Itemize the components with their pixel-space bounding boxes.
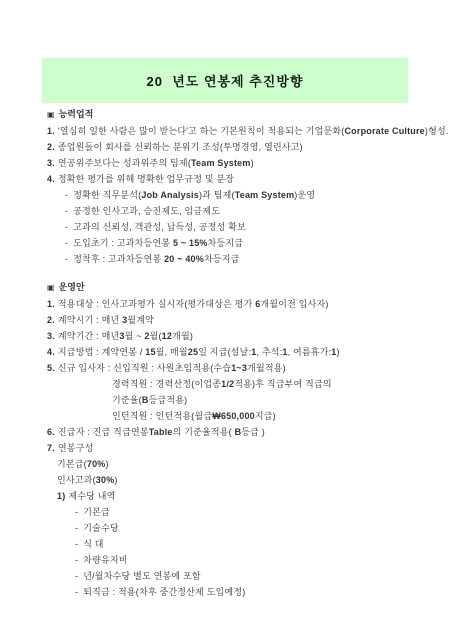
line-marker: 4.	[47, 174, 55, 184]
line-text: 신규 입사자 : 신입직원 : 사원초임적용(수습1~3개월적용)	[58, 363, 286, 373]
line-text: 인턴직원 : 인턴적용(월급₩650,000지급)	[112, 411, 276, 421]
doc-line: 기본급(70%)	[57, 456, 447, 472]
line-text: 기본급(70%)	[57, 459, 109, 469]
line-text: 퇴직금 : 적용(차후 중간정산제 도입예정)	[83, 587, 245, 597]
doc-line: -식 대	[75, 536, 447, 552]
line-marker: 2.	[47, 142, 55, 152]
section-title: 운영안	[59, 282, 85, 292]
bullet-dash: -	[75, 571, 78, 581]
title-band: 20 년도 연봉제 추진방향	[42, 58, 408, 103]
line-text: 고과의 신뢰성, 객관성, 납득성, 공정성 확보	[73, 222, 246, 232]
doc-line: -차량유지비	[75, 552, 447, 568]
bullet-dash: -	[75, 539, 78, 549]
line-marker: 3.	[47, 158, 55, 168]
bullet-dash: -	[75, 523, 78, 533]
line-text: 지급방법 : 계약연봉 / 15월, 매월25일 지급(설날:1, 추석:1, …	[58, 347, 340, 357]
line-marker: 4.	[47, 347, 55, 357]
doc-line: 5.신규 입사자 : 신입직원 : 사원초임적용(수습1~3개월적용)	[47, 360, 447, 376]
bullet-dash: -	[65, 222, 68, 232]
line-text: 도입초기 : 고과차등연봉 5 ~ 15%차등지급	[73, 238, 243, 248]
page-title: 20 년도 연봉제 추진방향	[147, 71, 304, 90]
line-text: 연공위주보다는 성과위주의 팀제(Team System)	[58, 158, 254, 168]
line-text: 계약기간 : 매년3월 ~ 2월(12개월)	[58, 331, 193, 341]
document-page: 20 년도 연봉제 추진방향 ▣능력업적 1.'열심히 일한 사람은 많이 받는…	[0, 0, 450, 636]
doc-line: -정확한 직무분석(Job Analysis)과 팀제(Team System)…	[65, 187, 447, 203]
line-text: 적용대상 : 인사고과평가 실시자(평가대상은 평가 6개월이전 입사자)	[58, 299, 329, 309]
doc-line: 1.'열심히 일한 사람은 많이 받는다'고 하는 기본원칙이 적용되는 기업문…	[47, 123, 447, 139]
doc-line: -년/월차수당 별도 연봉에 포함	[75, 568, 447, 584]
line-marker: 6.	[47, 427, 55, 437]
filled-square-icon: ▣	[47, 283, 55, 292]
doc-line: -퇴직금 : 적용(차후 중간정산제 도입예정)	[75, 584, 447, 600]
doc-line: 2.종업원들이 회사를 신뢰하는 분위기 조성(투명경영, 열린사고)	[47, 139, 447, 155]
doc-line: 7.연봉구성	[47, 440, 447, 456]
line-text: 진급자 : 진급 직급연봉Table의 기준율적용( B등급 )	[58, 427, 265, 437]
line-marker: 7.	[47, 443, 55, 453]
doc-line: 6.진급자 : 진급 직급연봉Table의 기준율적용( B등급 )	[47, 424, 447, 440]
doc-line: -고과의 신뢰성, 객관성, 납득성, 공정성 확보	[65, 219, 447, 235]
filled-square-icon: ▣	[47, 110, 55, 119]
bullet-dash: -	[75, 555, 78, 565]
doc-line: -공정한 인사고과, 승진제도, 임금제도	[65, 203, 447, 219]
line-text: 계약시기 : 매년 3월계약	[58, 315, 154, 325]
bullet-dash: -	[75, 587, 78, 597]
line-text: 식 대	[83, 539, 104, 549]
line-text: 정확한 직무분석(Job Analysis)과 팀제(Team System)운…	[73, 190, 315, 200]
line-text: 기준율(B등급적용)	[112, 395, 187, 405]
doc-line: 4.지급방법 : 계약연봉 / 15월, 매월25일 지급(설날:1, 추석:1…	[47, 344, 447, 360]
line-text: 공정한 인사고과, 승진제도, 임금제도	[73, 206, 220, 216]
doc-line: -정착후 : 고과차등연봉 20 ~ 40%차등지급	[65, 251, 447, 267]
line-text: 인사고과(30%)	[57, 475, 118, 485]
line-marker: 5.	[47, 363, 55, 373]
doc-line-continuation: 인턴직원 : 인턴적용(월급₩650,000지급)	[112, 408, 447, 424]
line-text: 기본급	[83, 507, 110, 517]
doc-line: 4.정확한 평가를 위해 명확한 업무규정 및 분장	[47, 171, 447, 187]
bullet-dash: -	[65, 254, 68, 264]
line-text: 경력직원 : 경력산정(이업종1/2적용)후 직급부여 직급의	[112, 379, 332, 389]
line-text: 연봉구성	[58, 443, 94, 453]
line-marker: 1)	[57, 491, 65, 501]
line-text: 제수당 내역	[68, 491, 115, 501]
doc-line: 1)제수당 내역	[57, 488, 447, 504]
doc-line: 인사고과(30%)	[57, 472, 447, 488]
line-text: 정확한 평가를 위해 명확한 업무규정 및 분장	[58, 174, 234, 184]
line-text: 종업원들이 회사를 신뢰하는 분위기 조성(투명경영, 열린사고)	[58, 142, 303, 152]
line-text: 차량유지비	[83, 555, 127, 565]
line-text: 정착후 : 고과차등연봉 20 ~ 40%차등지급	[73, 254, 239, 264]
line-text: 기술수당	[83, 523, 119, 533]
line-marker: 1.	[47, 299, 55, 309]
doc-line: 1.적용대상 : 인사고과평가 실시자(평가대상은 평가 6개월이전 입사자)	[47, 296, 447, 312]
doc-line: -기본급	[75, 504, 447, 520]
doc-line: -기술수당	[75, 520, 447, 536]
bullet-dash: -	[65, 238, 68, 248]
section-header-operation: ▣운영안	[47, 279, 447, 296]
doc-line: 3.계약기간 : 매년3월 ~ 2월(12개월)	[47, 328, 447, 344]
document-body: ▣능력업적 1.'열심히 일한 사람은 많이 받는다'고 하는 기본원칙이 적용…	[47, 106, 447, 600]
doc-line: 3.연공위주보다는 성과위주의 팀제(Team System)	[47, 155, 447, 171]
line-text: 년/월차수당 별도 연봉에 포함	[83, 571, 201, 581]
doc-line: 2.계약시기 : 매년 3월계약	[47, 312, 447, 328]
line-marker: 2.	[47, 315, 55, 325]
line-text: '열심히 일한 사람은 많이 받는다'고 하는 기본원칙이 적용되는 기업문화(…	[58, 126, 449, 136]
doc-line-continuation: 경력직원 : 경력산정(이업종1/2적용)후 직급부여 직급의	[112, 376, 447, 392]
line-marker: 1.	[47, 126, 55, 136]
section-title: 능력업적	[59, 109, 94, 119]
bullet-dash: -	[65, 206, 68, 216]
section-header-ability: ▣능력업적	[47, 106, 447, 123]
bullet-dash: -	[65, 190, 68, 200]
bullet-dash: -	[75, 507, 78, 517]
doc-line-continuation: 기준율(B등급적용)	[112, 392, 447, 408]
line-marker: 3.	[47, 331, 55, 341]
doc-line: -도입초기 : 고과차등연봉 5 ~ 15%차등지급	[65, 235, 447, 251]
